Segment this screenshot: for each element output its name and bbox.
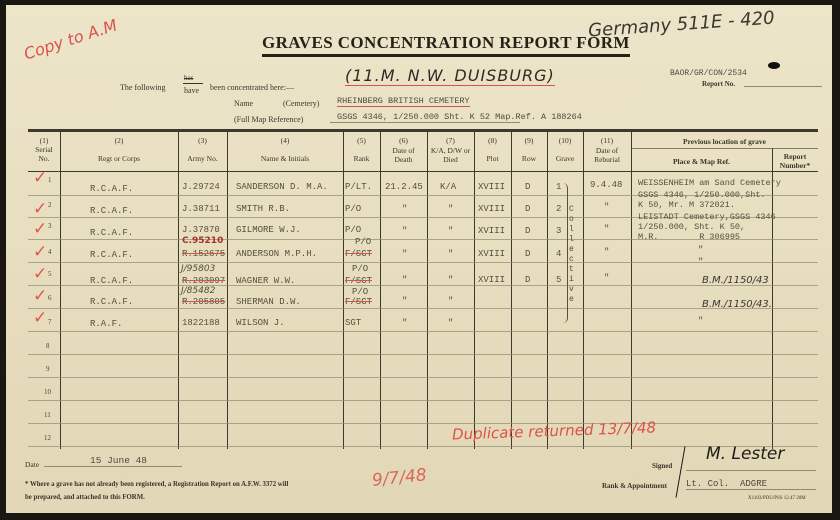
footnote-line-2: be prepared, and attached to this FORM. bbox=[25, 494, 145, 501]
report-number-value: BAOR/GR/CON/2534 bbox=[670, 69, 747, 78]
punch-hole bbox=[768, 62, 780, 69]
bm-reference: B.M./1150/43 bbox=[702, 275, 769, 286]
col-divider bbox=[60, 131, 61, 449]
serial-number: 11 bbox=[44, 411, 51, 419]
header-date-of-reburial: (11)Date of Reburial bbox=[583, 136, 631, 164]
col-divider bbox=[427, 131, 428, 449]
checkmark-icon: ✓ bbox=[33, 264, 47, 284]
serial-number: 12 bbox=[44, 434, 51, 442]
header-name: (4)Name & Initials bbox=[227, 136, 343, 163]
header-ka-dw: (7)K/A, D/W or Died bbox=[427, 136, 474, 164]
unit-annotation: (11.M. N.W. DUISBURG) bbox=[345, 66, 555, 86]
col-divider bbox=[474, 131, 475, 449]
row-line bbox=[28, 400, 818, 401]
rank-appointment-label: Rank & Appointment bbox=[602, 482, 667, 490]
row-line bbox=[28, 446, 818, 447]
row-line bbox=[28, 354, 818, 355]
col-divider bbox=[547, 131, 548, 449]
appointment-value: ADGRE bbox=[740, 479, 767, 489]
checkmark-icon: ✓ bbox=[33, 219, 47, 239]
header-serial: (1)Serial No. bbox=[28, 136, 60, 163]
table-top-border bbox=[28, 129, 818, 132]
form-title: GRAVES CONCENTRATION REPORT FORM bbox=[262, 33, 630, 57]
rank-underline bbox=[686, 489, 816, 490]
checkmark-icon: ✓ bbox=[33, 308, 47, 328]
serial-number: 8 bbox=[46, 342, 50, 350]
collective-brace bbox=[563, 183, 568, 323]
col-divider bbox=[343, 131, 344, 449]
header-plot: (8)Plot bbox=[474, 136, 511, 163]
serial-number: 10 bbox=[44, 388, 51, 396]
collective-label: Collective bbox=[569, 205, 577, 305]
intro-struck-has: has bbox=[184, 74, 193, 82]
row-line bbox=[28, 377, 818, 378]
report-number-label: Report No. bbox=[702, 80, 735, 88]
col-divider bbox=[631, 131, 632, 449]
col-divider bbox=[511, 131, 512, 449]
header-army-no: (3)Army No. bbox=[178, 136, 227, 163]
map-ref-label: (Full Map Reference) bbox=[234, 115, 303, 124]
col-divider bbox=[772, 148, 773, 449]
signed-label: Signed bbox=[652, 462, 672, 470]
cemetery-label: (Cemetery) bbox=[283, 99, 319, 108]
map-ref-value: GSGS 4346, 1/250.000 Sht. K 52 Map.Ref. … bbox=[337, 112, 582, 122]
name-label: Name bbox=[234, 99, 253, 108]
row-line bbox=[28, 423, 818, 424]
row-line bbox=[28, 308, 818, 309]
header-previous-location: Previous location of grave bbox=[631, 137, 818, 146]
row-line bbox=[28, 331, 818, 332]
header-place-map-ref: Place & Map Ref. bbox=[631, 157, 772, 166]
place-ditto: " bbox=[698, 316, 703, 326]
col-divider bbox=[583, 131, 584, 449]
checkmark-icon: ✓ bbox=[33, 286, 47, 306]
date-value: 15 June 48 bbox=[90, 455, 147, 466]
map-ref-underline bbox=[330, 122, 520, 123]
intro-have: have bbox=[184, 86, 199, 95]
date-underline bbox=[44, 466, 182, 467]
header-date-of-death: (6)Date of Death bbox=[380, 136, 427, 164]
date-label: Date bbox=[25, 460, 39, 469]
header-row: (9)Row bbox=[511, 136, 547, 163]
place-ditto: " bbox=[698, 245, 703, 255]
checkmark-icon: ✓ bbox=[33, 199, 47, 219]
intro-suffix: been concentrated here:— bbox=[210, 83, 294, 92]
footnote-line-1: * Where a grave has not already been reg… bbox=[25, 481, 288, 488]
signature: M. Lester bbox=[706, 444, 784, 464]
previous-location-divider bbox=[631, 148, 818, 149]
row-line bbox=[28, 285, 818, 286]
place-ditto: " bbox=[698, 257, 703, 267]
header-report-number: Report Number* bbox=[772, 152, 818, 170]
header-grave: (10)Grave bbox=[547, 136, 583, 163]
header-regt: (2)Regt or Corps bbox=[60, 136, 178, 163]
print-code: X1103/PDU/PSS 12.47 20M bbox=[748, 496, 806, 501]
fraction-line bbox=[183, 83, 203, 84]
col-divider bbox=[178, 131, 179, 449]
rank-value: Lt. Col. bbox=[686, 479, 729, 489]
col-divider bbox=[227, 131, 228, 449]
header-bottom-border bbox=[28, 171, 818, 172]
signed-underline bbox=[686, 470, 816, 471]
col-divider bbox=[380, 131, 381, 449]
checkmark-icon: ✓ bbox=[33, 242, 47, 262]
header-rank: (5)Rank bbox=[343, 136, 380, 163]
bm-reference: B.M./1150/43. bbox=[702, 299, 772, 310]
serial-number: 9 bbox=[46, 365, 50, 373]
cemetery-value: RHEINBERG BRITISH CEMETERY bbox=[337, 96, 470, 107]
checkmark-icon: ✓ bbox=[33, 168, 47, 188]
intro-prefix: The following bbox=[120, 83, 166, 92]
report-number-underline bbox=[744, 86, 822, 87]
